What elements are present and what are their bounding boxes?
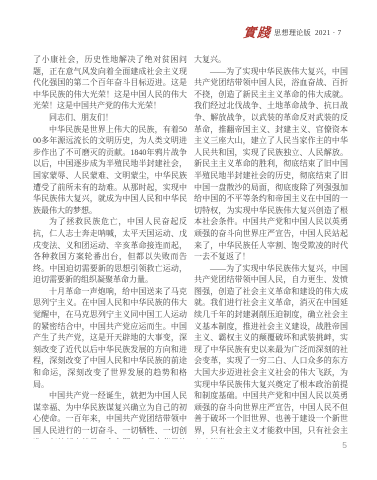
journal-header: 實踐 思想理论版 2021 · 7: [243, 26, 342, 40]
article-column-right: 大复兴。 ——为了实现中华民族伟大复兴，中国共产党团结带领中国人民，浴血奋战、百…: [194, 54, 348, 439]
article-column-left: 了小康社会，历史性地解决了绝对贫困问题，正在意气风发向着全面建成社会主义现代化强…: [33, 54, 187, 439]
journal-logo: 實踐: [243, 26, 272, 40]
paragraph: ——为了实现中华民族伟大复兴，中国共产党团结带领中国人民，自力更生、发愤图强，创…: [194, 263, 348, 439]
paragraph: 为了拯救民族危亡，中国人民奋起反抗，仁人志士奔走呐喊，太平天国运动、戊戌变法、义…: [33, 216, 187, 286]
journal-edition-label: 思想理论版: [274, 28, 311, 38]
paragraph: ——为了实现中华民族伟大复兴，中国共产党团结带领中国人民，浴血奋战、百折不挠，创…: [194, 66, 348, 263]
paragraph: 十月革命一声炮响，给中国送来了马克思列宁主义。在中国人民和中华民族的伟大觉醒中，…: [33, 286, 187, 390]
paragraph: 同志们、朋友们！: [33, 112, 187, 124]
journal-issue-number: 2021 · 7: [315, 29, 342, 37]
paragraph: 中国共产党一经诞生，就把为中国人民谋幸福、为中华民族谋复兴确立为自己的初心使命。…: [33, 390, 187, 439]
page-number: 5: [342, 440, 347, 450]
journal-page: 實踐 思想理论版 2021 · 7 了小康社会，历史性地解决了绝对贫困问题，正在…: [0, 0, 377, 480]
paragraph: 了小康社会，历史性地解决了绝对贫困问题，正在意气风发向着全面建成社会主义现代化强…: [33, 54, 187, 112]
paragraph: 中华民族是世界上伟大的民族，有着5000多年源远流长的文明历史，为人类文明进步作…: [33, 124, 187, 217]
article-body: 了小康社会，历史性地解决了绝对贫困问题，正在意气风发向着全面建成社会主义现代化强…: [33, 54, 348, 439]
paragraph: 大复兴。: [194, 54, 348, 66]
